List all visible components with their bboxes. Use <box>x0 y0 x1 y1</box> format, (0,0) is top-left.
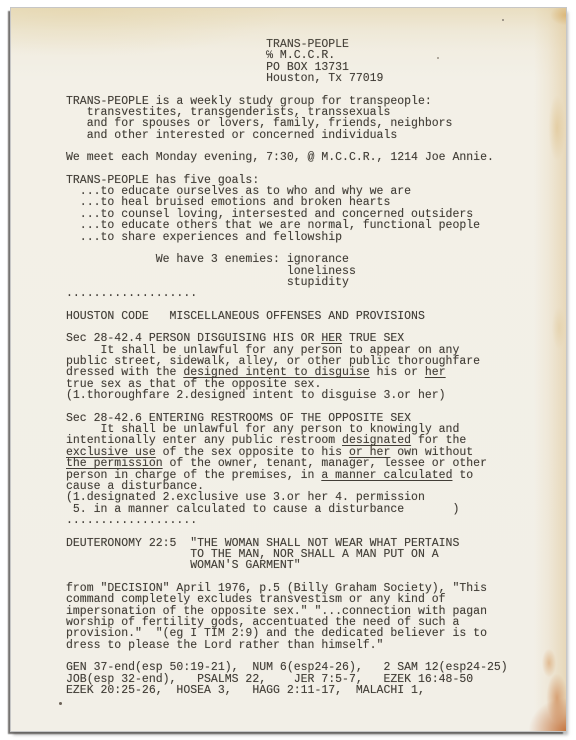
paper-speck <box>502 19 504 21</box>
text-segment: his or <box>370 366 425 379</box>
document-line: ................... <box>66 288 560 299</box>
document-line: ...to educate others that we are normal,… <box>66 220 560 231</box>
document-line: Houston, Tx 77019 <box>66 73 560 84</box>
section-meeting-info: We meet each Monday evening, 7:30, @ M.C… <box>66 152 560 163</box>
document-line: ...to share experiences and fellowship <box>66 232 560 243</box>
underlined-text: a manner calculated <box>321 469 452 482</box>
document-line: EZEK 20:25-26, HOSEA 3, HAGG 2:11-17, MA… <box>66 685 560 696</box>
section-enemies: We have 3 enemies: ignorance loneliness … <box>66 254 560 300</box>
typewritten-text: TRANS-PEOPLE ℅ M.C.C.R. PO BOX 13731 Hou… <box>66 39 560 697</box>
document-line: dress to please the Lord rather than him… <box>66 640 560 651</box>
section-decision-quote: from "DECISION" April 1976, p.5 (Billy G… <box>66 583 560 651</box>
document-line: and other interested or concerned indivi… <box>66 130 560 141</box>
paper-speck <box>59 702 62 705</box>
text-segment: to <box>452 469 473 482</box>
document-line: GEN 37-end(esp 50:19-21), NUM 6(esp24-26… <box>66 662 560 673</box>
document-line: We have 3 enemies: ignorance <box>66 254 560 265</box>
section-letterhead: TRANS-PEOPLE ℅ M.C.C.R. PO BOX 13731 Hou… <box>66 39 560 85</box>
section-intro: TRANS-PEOPLE is a weekly study group for… <box>66 96 560 142</box>
document-line: HOUSTON CODE MISCELLANEOUS OFFENSES AND … <box>66 311 560 322</box>
document-line: We meet each Monday evening, 7:30, @ M.C… <box>66 152 560 163</box>
section-scripture-references: GEN 37-end(esp 50:19-21), NUM 6(esp24-26… <box>66 662 560 696</box>
document-line: (1.thoroughfare 2.designed intent to dis… <box>66 390 560 401</box>
scanned-document-photo: TRANS-PEOPLE ℅ M.C.C.R. PO BOX 13731 Hou… <box>11 8 566 731</box>
document-line: ................... <box>66 515 560 526</box>
section-sec-28-42-4: Sec 28-42.4 PERSON DISGUISING HIS OR HER… <box>66 333 560 401</box>
document-line: command completely excludes transvestism… <box>66 594 560 605</box>
section-sec-28-42-6: Sec 28-42.6 ENTERING RESTROOMS OF THE OP… <box>66 413 560 527</box>
section-deuteronomy: DEUTERONOMY 22:5 "THE WOMAN SHALL NOT WE… <box>66 538 560 572</box>
document-line: WOMAN'S GARMENT" <box>66 560 560 571</box>
paper-speck <box>437 57 439 59</box>
section-houston-code-heading: HOUSTON CODE MISCELLANEOUS OFFENSES AND … <box>66 311 560 322</box>
underlined-text: her <box>425 366 446 379</box>
section-goals: TRANS-PEOPLE has five goals: ...to educa… <box>66 175 560 243</box>
document-line: Sec 28-42.4 PERSON DISGUISING HIS OR HER… <box>66 333 560 344</box>
